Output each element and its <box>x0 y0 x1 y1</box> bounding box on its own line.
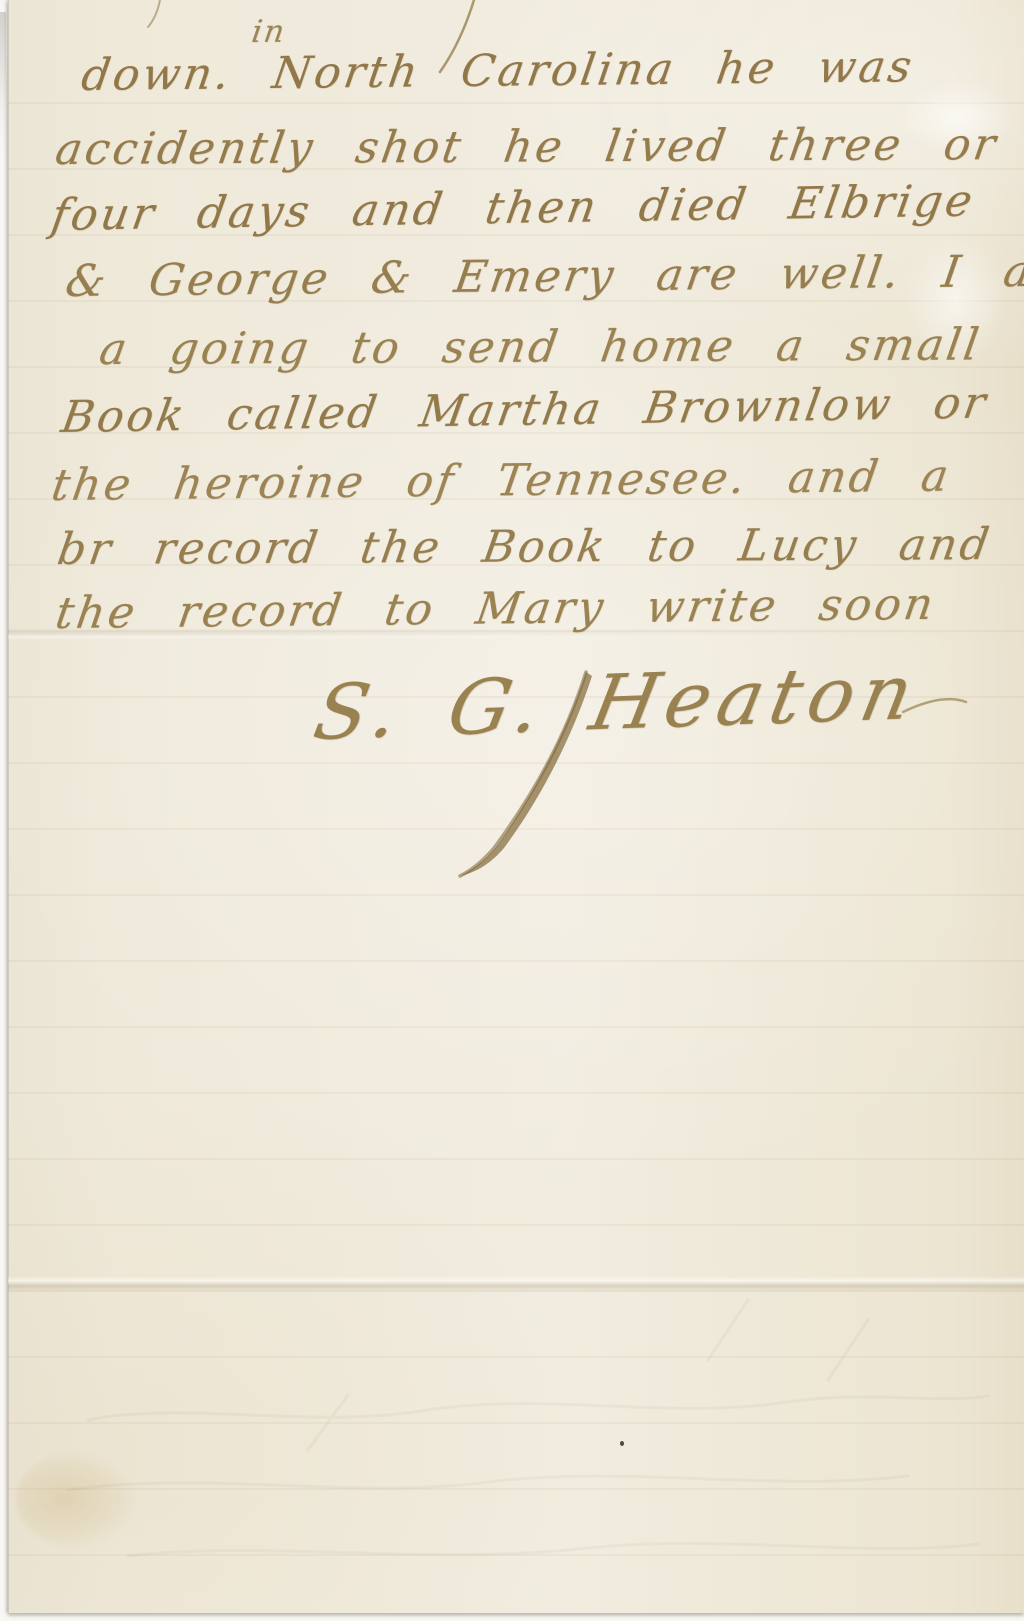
ink-speck <box>620 1441 624 1446</box>
scan-background: in down. North Carolina he was accidentl… <box>0 0 1024 1621</box>
stain-bottom-left <box>16 1452 136 1547</box>
handwritten-line-7: the heroine of Tennesee. and a <box>48 451 954 511</box>
handwritten-line-1: down. North Carolina he was <box>78 41 918 101</box>
interline-insertion-word: in <box>249 14 288 50</box>
scanner-edge-smudge <box>0 12 6 152</box>
handwritten-line-5: a going to send home a small <box>96 319 985 375</box>
letter-page: in down. North Carolina he was accidentl… <box>8 0 1024 1613</box>
handwritten-line-8: br record the Book to Lucy and <box>54 519 995 575</box>
handwritten-line-9: the record to Mary write soon <box>52 579 939 639</box>
handwritten-line-4: & George & Emery are well. I am <box>62 245 1024 307</box>
handwritten-line-2: accidently shot he lived three or <box>52 119 1002 175</box>
fold-crease-lower <box>8 1276 1024 1292</box>
